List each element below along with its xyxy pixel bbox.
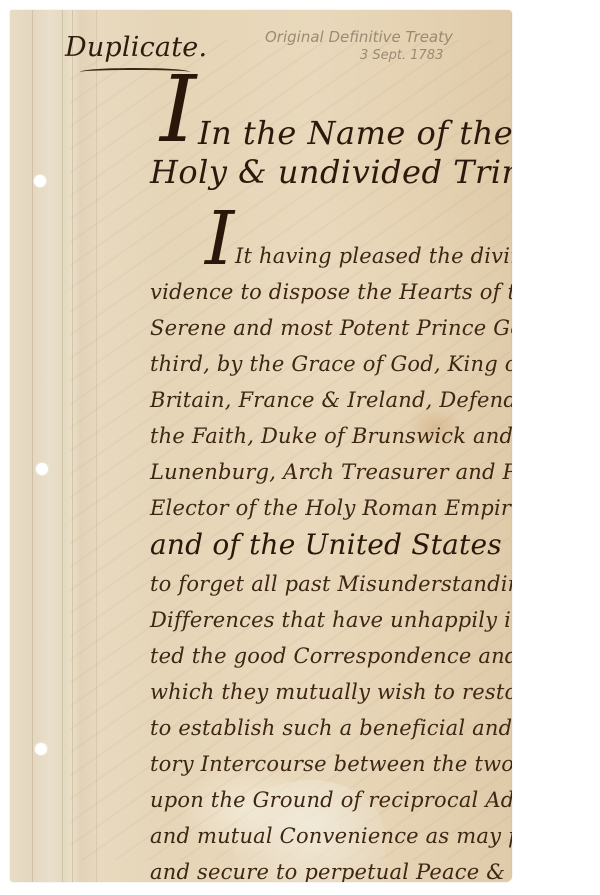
body-line-18: and secure to perpetual Peace & Harmony xyxy=(150,860,512,882)
binding-hole xyxy=(36,463,48,475)
body-line-13: which they mutually wish to restore, & xyxy=(150,680,512,704)
heading-line-1: In the Name of the most xyxy=(198,114,512,152)
heading-line-2: Holy & undivided Trinity. xyxy=(150,153,512,191)
archival-note-date: 3 Sept. 1783 xyxy=(360,48,443,63)
body-line-6: the Faith, Duke of Brunswick and xyxy=(150,424,512,448)
manuscript-page: Duplicate. Original Definitive Treaty 3 … xyxy=(10,10,512,882)
body-line-9: and of the United States of America xyxy=(150,528,512,561)
body-line-17: and mutual Convenience as may pro- xyxy=(150,824,512,848)
body-line-15: tory Intercourse between the two Countri… xyxy=(150,752,512,776)
decorative-initial-i: I xyxy=(160,64,196,156)
body-line-10: to forget all past Misunderstandings and xyxy=(150,572,512,596)
body-line-16: upon the Ground of reciprocal Advantages xyxy=(150,788,512,812)
binding-hole xyxy=(34,175,46,187)
body-line-4: third, by the Grace of God, King of Grea… xyxy=(150,352,512,376)
document-scan: Duplicate. Original Definitive Treaty 3 … xyxy=(0,0,600,895)
margin-fold-line xyxy=(62,10,63,882)
margin-fold-line xyxy=(32,10,33,882)
body-line-5: Britain, France & Ireland, Defender of xyxy=(150,388,512,412)
body-line-1: It having pleased the divine Pro- xyxy=(235,244,512,268)
archival-note-title: Original Definitive Treaty xyxy=(265,28,453,46)
body-line-11: Differences that have unhappily interrup… xyxy=(150,608,512,632)
body-line-8: Elector of the Holy Roman Empire &c. xyxy=(150,496,512,520)
body-line-12: ted the good Correspondence and Friendsh… xyxy=(150,644,512,668)
body-line-7: Lunenburg, Arch Treasurer and Prince xyxy=(150,460,512,484)
decorative-initial-it: I xyxy=(205,202,234,276)
body-line-2: vidence to dispose the Hearts of the mos… xyxy=(150,280,512,304)
body-line-3: Serene and most Potent Prince George the xyxy=(150,316,512,340)
binding-hole xyxy=(35,743,47,755)
body-line-14: to establish such a beneficial and satis… xyxy=(150,716,512,740)
